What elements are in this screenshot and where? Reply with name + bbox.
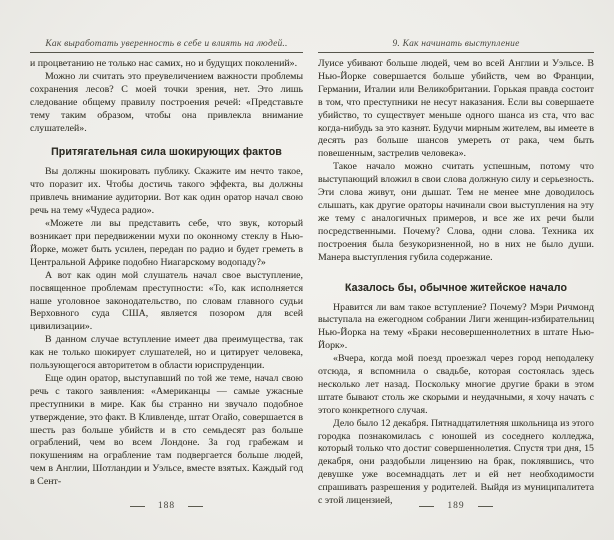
page-body: и процветанию не только нас самих, но и … (30, 58, 303, 489)
page-number-dash (130, 506, 145, 507)
page-body: Луисе убивают больше людей, чем во всей … (318, 58, 594, 508)
section-heading: Казалось бы, обычное житейское начало (322, 282, 590, 295)
page-number-dash (188, 506, 203, 507)
running-head: Как выработать уверенность в себе и влия… (30, 38, 303, 53)
paragraph: Еще один оратор, выступавший по той же т… (30, 373, 303, 489)
book-page-left: Как выработать уверенность в себе и влия… (30, 38, 303, 518)
paragraph: «Можете ли вы представить себе, что звук… (30, 218, 303, 270)
paragraph: А вот как один мой слушатель начал свое … (30, 270, 303, 335)
page-number: 188 (30, 501, 303, 511)
page-number-dash (419, 506, 434, 507)
paragraph: Можно ли считать это преувеличением важн… (30, 71, 303, 136)
paragraph: Дело было 12 декабря. Пятнадцатилетняя ш… (318, 418, 594, 508)
book-spread: Как выработать уверенность в себе и влия… (0, 0, 614, 540)
paragraph: «Вчера, когда мой поезд проезжал через г… (318, 353, 594, 418)
paragraph: Такое начало можно считать успешным, пот… (318, 161, 594, 264)
page-number-value: 189 (447, 501, 464, 511)
page-number-dash (478, 506, 493, 507)
paragraph: Луисе убивают больше людей, чем во всей … (318, 58, 594, 161)
page-number: 189 (318, 501, 594, 511)
paragraph: и процветанию не только нас самих, но и … (30, 58, 303, 71)
paragraph: В данном случае вступление имеет два пре… (30, 334, 303, 373)
paragraph: Нравится ли вам такое вступление? Почему… (318, 302, 594, 354)
section-heading: Притягательная сила шокирующих фактов (34, 146, 299, 159)
page-number-value: 188 (158, 501, 175, 511)
book-page-right: 9. Как начинать выступление Луисе убиваю… (318, 38, 594, 518)
running-head: 9. Как начинать выступление (318, 38, 594, 53)
paragraph: Вы должны шокировать публику. Скажите им… (30, 166, 303, 218)
